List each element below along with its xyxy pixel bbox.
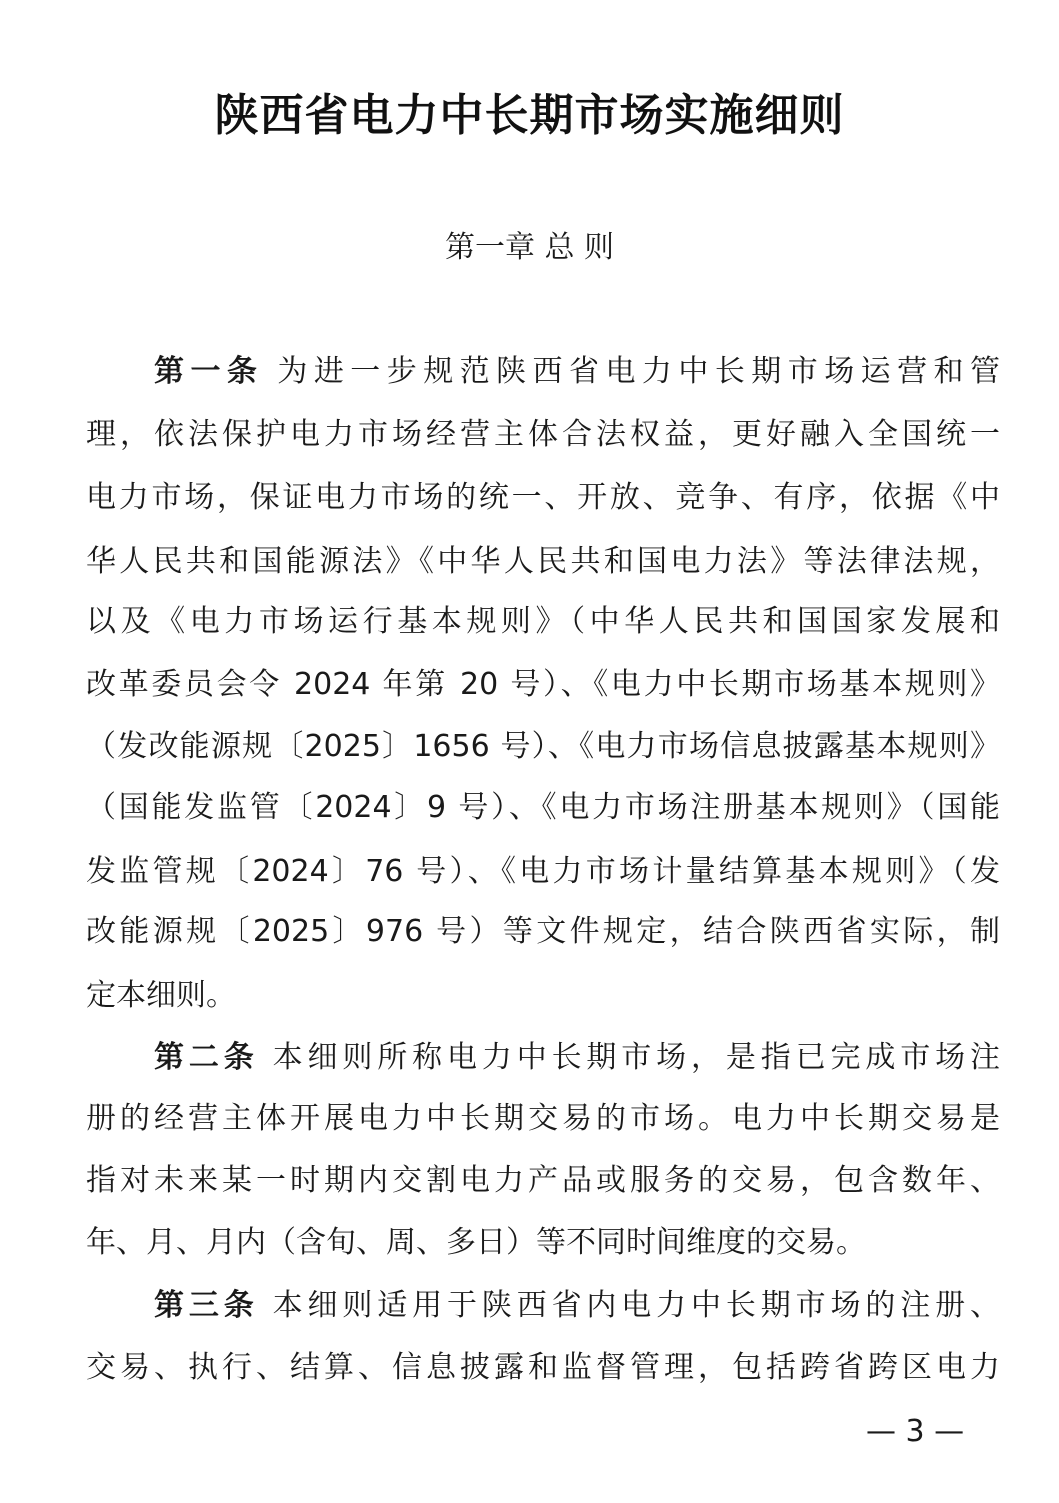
article-1-line-2: 理，依法保护电力市场经营主体合法权益，更好融入全国统一 bbox=[86, 409, 1000, 461]
article-1-line-8: （国能发监管〔2024〕9 号）、《电力市场注册基本规则》（国能 bbox=[86, 782, 1000, 834]
page-number: — 3 — bbox=[866, 1412, 964, 1452]
article-1-line-5: 以及《电力市场运行基本规则》（中华人民共和国国家发展和 bbox=[86, 596, 1000, 648]
article-2-line-4: 年、月、月内（含旬、周、多日）等不同时间维度的交易。 bbox=[86, 1217, 1000, 1269]
document-page: 陕西省电力中长期市场实施细则 第一章 总 则 第一条为进一步规范陕西省电力中长期… bbox=[0, 0, 1059, 1503]
article-1-line-7: （发改能源规〔2025〕1656 号）、《电力市场信息披露基本规则》 bbox=[86, 721, 1000, 773]
article-3-label: 第三条 bbox=[154, 1288, 259, 1323]
article-text: 本细则适用于陕西省内电力中长期市场的注册、 bbox=[273, 1288, 1000, 1323]
article-text: 本细则所称电力中长期市场，是指已完成市场注 bbox=[273, 1040, 1000, 1075]
article-2-label: 第二条 bbox=[154, 1040, 259, 1075]
article-2-line-3: 指对未来某一时期内交割电力产品或服务的交易，包含数年、 bbox=[86, 1155, 1000, 1207]
article-3-line-1: 第三条本细则适用于陕西省内电力中长期市场的注册、 bbox=[154, 1280, 1000, 1332]
article-1-label: 第一条 bbox=[154, 354, 263, 389]
article-1-line-6: 改革委员会令 2024 年第 20 号）、《电力中长期市场基本规则》 bbox=[86, 659, 1000, 711]
article-1-line-3: 电力市场，保证电力市场的统一、开放、竞争、有序，依据《中 bbox=[86, 472, 1000, 524]
chapter-heading: 第一章 总 则 bbox=[0, 226, 1059, 270]
article-2-line-2: 册的经营主体开展电力中长期交易的市场。电力中长期交易是 bbox=[86, 1093, 1000, 1145]
article-3-line-2: 交易、执行、结算、信息披露和监督管理，包括跨省跨区电力 bbox=[86, 1342, 1000, 1394]
article-1-line-9: 发监管规〔2024〕76 号）、《电力市场计量结算基本规则》（发 bbox=[86, 846, 1000, 898]
article-1-line-11: 定本细则。 bbox=[86, 970, 1000, 1022]
article-1-line-1: 第一条为进一步规范陕西省电力中长期市场运营和管 bbox=[154, 346, 1000, 398]
article-text: 为进一步规范陕西省电力中长期市场运营和管 bbox=[277, 354, 1000, 389]
article-2-line-1: 第二条本细则所称电力中长期市场，是指已完成市场注 bbox=[154, 1032, 1000, 1084]
article-1-line-10: 改能源规〔2025〕976 号）等文件规定，结合陕西省实际，制 bbox=[86, 906, 1000, 958]
article-1-line-4: 华人民共和国能源法》《中华人民共和国电力法》等法律法规， bbox=[86, 536, 1000, 588]
document-title: 陕西省电力中长期市场实施细则 bbox=[0, 86, 1059, 146]
